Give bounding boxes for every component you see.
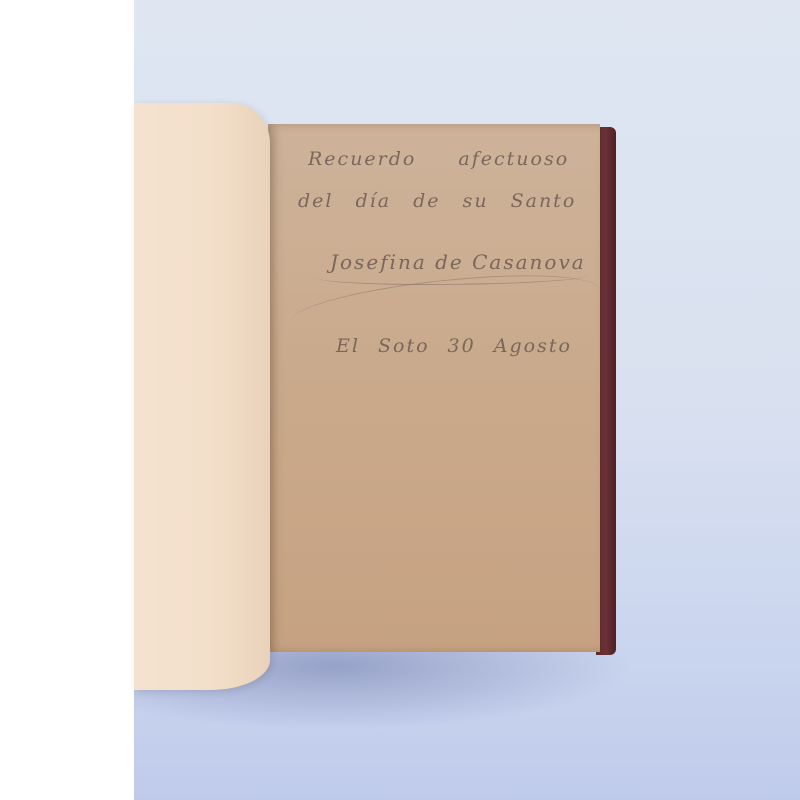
left-page-curled bbox=[134, 103, 270, 690]
inscription-date: El Soto 30 Agosto bbox=[336, 335, 572, 357]
inscription-line-2: del día de su Santo bbox=[298, 190, 576, 212]
inscription-line-1: Recuerdo afectuoso bbox=[308, 148, 569, 170]
